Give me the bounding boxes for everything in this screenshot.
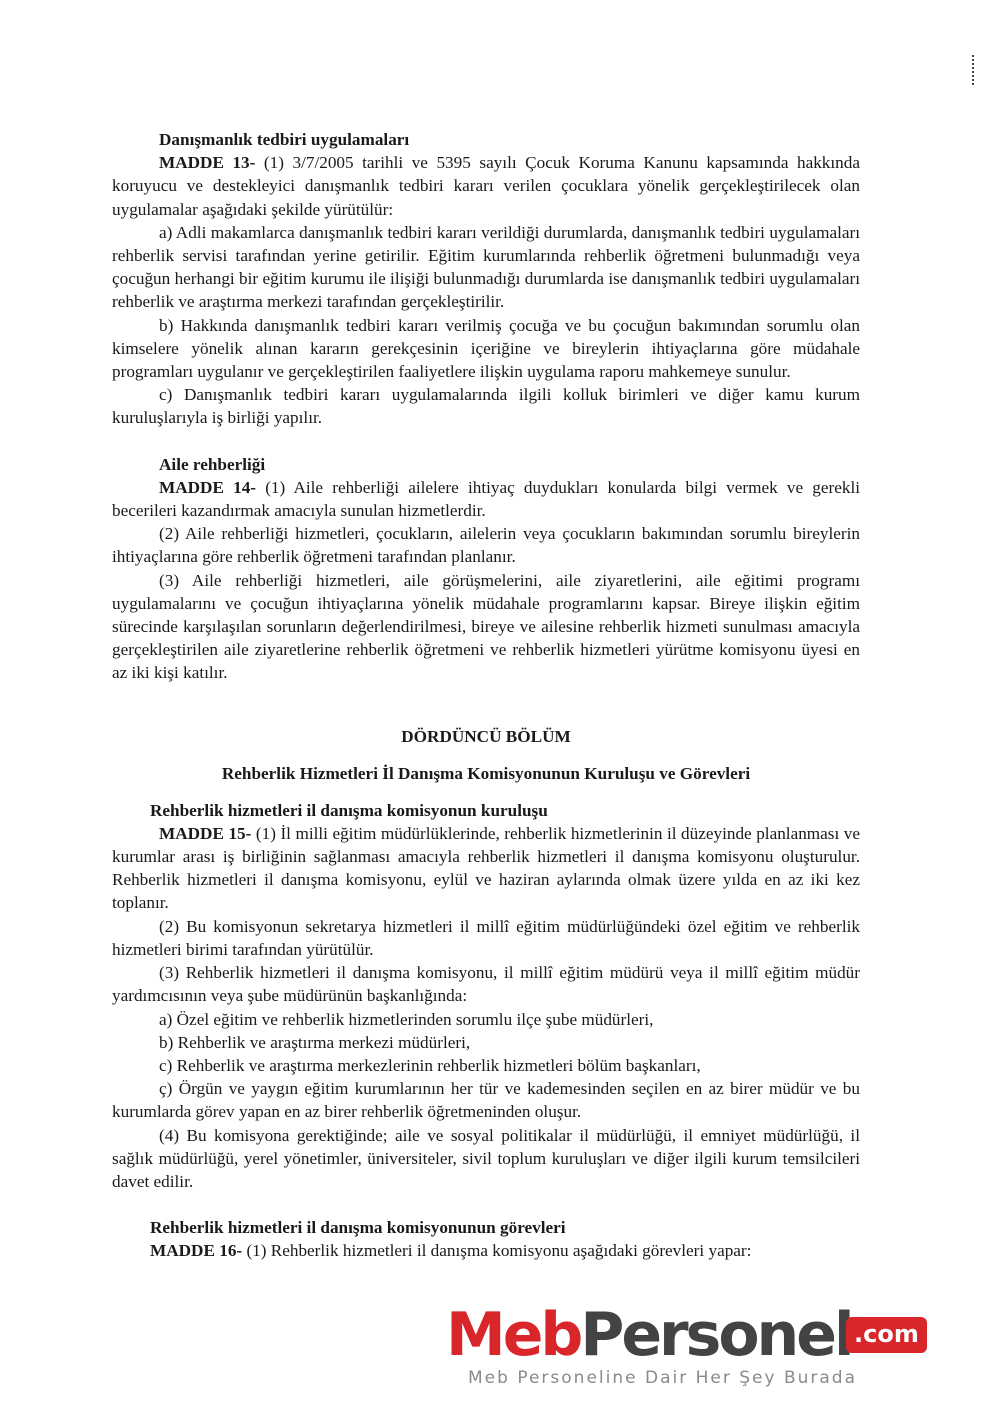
logo-dotcom-badge: .com [846,1317,927,1353]
article-16-heading: Rehberlik hizmetleri il danışma komisyon… [112,1216,860,1239]
logo-wordmark: MebPersonel [446,1300,852,1370]
section-subtitle: Rehberlik Hizmetleri İl Danışma Komisyon… [112,762,860,785]
section-title: DÖRDÜNCÜ BÖLÜM [112,725,860,748]
article-14-paragraph-3: (3) Aile rehberliği hizmetleri, aile gör… [112,569,860,685]
article-15-paragraph-3: (3) Rehberlik hizmetleri il danışma komi… [112,961,860,1007]
article-13-paragraph-1: MADDE 13- (1) 3/7/2005 tarihli ve 5395 s… [112,151,860,221]
article-13-item-c: c) Danışmanlık tedbiri kararı uygulamala… [112,383,860,429]
article-13-item-a: a) Adli makamlarca danışmanlık tedbiri k… [112,221,860,314]
article-13-item-b: b) Hakkında danışmanlık tedbiri kararı v… [112,314,860,384]
article-15-item-c: c) Rehberlik ve araştırma merkezlerinin … [112,1054,860,1077]
article-15-paragraph-2: (2) Bu komisyonun sekretarya hizmetleri … [112,915,860,961]
article-16-paragraph-1: MADDE 16- (1) Rehberlik hizmetleri il da… [112,1239,860,1262]
article-15-item-b: b) Rehberlik ve araştırma merkezi müdürl… [112,1031,860,1054]
article-13-label: MADDE 13- [159,153,255,172]
logo-tagline: Meb Personeline Dair Her Şey Burada [468,1368,857,1388]
document-page: Danışmanlık tedbiri uygulamaları MADDE 1… [112,128,860,1263]
article-14-paragraph-1: MADDE 14- (1) Aile rehberliği ailelere i… [112,476,860,522]
article-15-paragraph-4: (4) Bu komisyona gerektiğinde; aile ve s… [112,1124,860,1194]
scan-artifact [972,55,976,85]
article-16-label: MADDE 16- [150,1241,242,1260]
article-14-paragraph-2: (2) Aile rehberliği hizmetleri, çocuklar… [112,522,860,568]
article-15-item-cc: ç) Örgün ve yaygın eğitim kurumlarının h… [112,1077,860,1123]
article-15-item-a: a) Özel eğitim ve rehberlik hizmetlerind… [112,1008,860,1031]
article-14-label: MADDE 14- [159,478,256,497]
mebpersonel-watermark-logo: MebPersonel .com Meb Personeline Dair He… [446,1300,916,1400]
article-15-heading: Rehberlik hizmetleri il danışma komisyon… [112,799,860,822]
article-15-paragraph-1: MADDE 15- (1) İl milli eğitim müdürlükle… [112,822,860,915]
article-15-label: MADDE 15- [159,824,251,843]
article-14-heading: Aile rehberliği [112,453,860,476]
article-13-heading: Danışmanlık tedbiri uygulamaları [112,128,860,151]
